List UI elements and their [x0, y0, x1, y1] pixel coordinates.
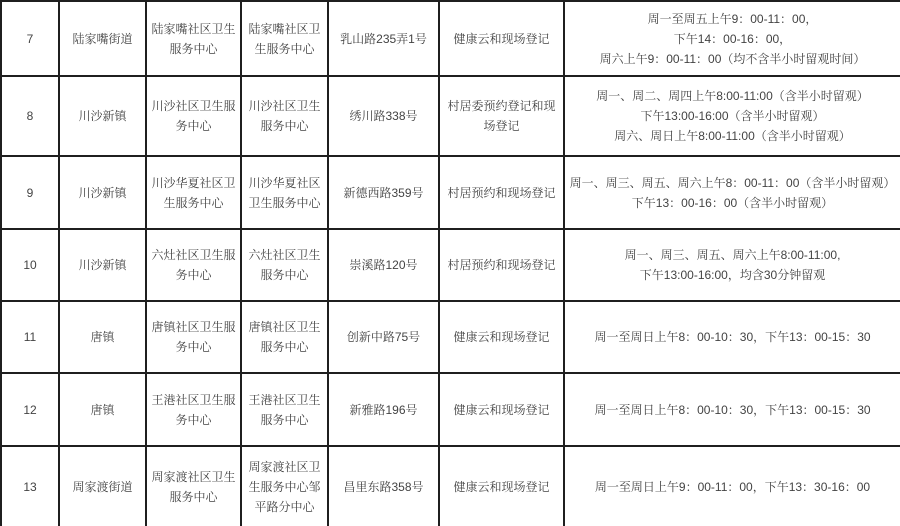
cell-address: 新雅路196号: [328, 373, 439, 446]
schedule-line: 周一至周日上午8：00-10：30，下午13：00-15：30: [568, 327, 897, 347]
cell-address: 新德西路359号: [328, 156, 439, 229]
cell-district: 川沙新镇: [59, 76, 146, 156]
schedule-line: 下午14：00-16：00，: [568, 29, 897, 49]
schedule-line: 周一、周三、周五、周六上午8:00-11:00,: [568, 245, 897, 265]
cell-district: 川沙新镇: [59, 156, 146, 229]
cell-site-name: 六灶社区卫生服务中心: [241, 229, 328, 301]
cell-center-name: 川沙华夏社区卫生服务中心: [146, 156, 241, 229]
cell-center-name: 唐镇社区卫生服务中心: [146, 301, 241, 373]
cell-registration-method: 村居委预约登记和现场登记: [439, 76, 564, 156]
schedule-line: 周一至周日上午9：00-11：00，下午13：30-16：00: [568, 477, 897, 497]
schedule-line: 周一、周三、周五、周六上午8：00-11：00（含半小时留观）: [568, 173, 897, 193]
cell-seq: 12: [1, 373, 59, 446]
schedule-line: 周一至周五上午9：00-11：00，: [568, 9, 897, 29]
cell-schedule: 周一、周三、周五、周六上午8:00-11:00, 下午13:00-16:00，均…: [564, 229, 900, 301]
cell-schedule: 周一、周三、周五、周六上午8：00-11：00（含半小时留观） 下午13：00-…: [564, 156, 900, 229]
vaccination-sites-table: 7 陆家嘴街道 陆家嘴社区卫生服务中心 陆家嘴社区卫生服务中心 乳山路235弄1…: [0, 0, 900, 526]
cell-seq: 13: [1, 446, 59, 526]
cell-seq: 8: [1, 76, 59, 156]
schedule-line: 周六上午9：00-11：00（均不含半小时留观时间）: [568, 49, 897, 69]
cell-schedule: 周一、周二、周四上午8:00-11:00（含半小时留观） 下午13:00-16:…: [564, 76, 900, 156]
schedule-line: 下午13:00-16:00（含半小时留观）: [568, 106, 897, 126]
cell-registration-method: 村居预约和现场登记: [439, 229, 564, 301]
cell-registration-method: 健康云和现场登记: [439, 301, 564, 373]
cell-center-name: 川沙社区卫生服务中心: [146, 76, 241, 156]
cell-address: 昌里东路358号: [328, 446, 439, 526]
schedule-line: 下午13：00-16：00（含半小时留观）: [568, 193, 897, 213]
cell-site-name: 唐镇社区卫生服务中心: [241, 301, 328, 373]
cell-site-name: 川沙华夏社区卫生服务中心: [241, 156, 328, 229]
table-row: 8 川沙新镇 川沙社区卫生服务中心 川沙社区卫生服务中心 绣川路338号 村居委…: [1, 76, 900, 156]
cell-site-name: 周家渡社区卫生服务中心邹平路分中心: [241, 446, 328, 526]
cell-center-name: 周家渡社区卫生服务中心: [146, 446, 241, 526]
cell-schedule: 周一至周五上午9：00-11：00， 下午14：00-16：00， 周六上午9：…: [564, 1, 900, 76]
schedule-line: 周一、周二、周四上午8:00-11:00（含半小时留观）: [568, 86, 897, 106]
cell-center-name: 陆家嘴社区卫生服务中心: [146, 1, 241, 76]
table-row: 10 川沙新镇 六灶社区卫生服务中心 六灶社区卫生服务中心 崇溪路120号 村居…: [1, 229, 900, 301]
cell-schedule: 周一至周日上午9：00-11：00，下午13：30-16：00: [564, 446, 900, 526]
cell-address: 崇溪路120号: [328, 229, 439, 301]
table-row: 7 陆家嘴街道 陆家嘴社区卫生服务中心 陆家嘴社区卫生服务中心 乳山路235弄1…: [1, 1, 900, 76]
page: 7 陆家嘴街道 陆家嘴社区卫生服务中心 陆家嘴社区卫生服务中心 乳山路235弄1…: [0, 0, 900, 526]
cell-seq: 11: [1, 301, 59, 373]
schedule-line: 周六、周日上午8:00-11:00（含半小时留观）: [568, 126, 897, 146]
cell-registration-method: 健康云和现场登记: [439, 446, 564, 526]
cell-registration-method: 村居预约和现场登记: [439, 156, 564, 229]
cell-district: 唐镇: [59, 301, 146, 373]
cell-registration-method: 健康云和现场登记: [439, 373, 564, 446]
cell-schedule: 周一至周日上午8：00-10：30，下午13：00-15：30: [564, 301, 900, 373]
cell-center-name: 六灶社区卫生服务中心: [146, 229, 241, 301]
cell-district: 陆家嘴街道: [59, 1, 146, 76]
cell-center-name: 王港社区卫生服务中心: [146, 373, 241, 446]
cell-site-name: 王港社区卫生服务中心: [241, 373, 328, 446]
cell-seq: 10: [1, 229, 59, 301]
cell-schedule: 周一至周日上午8：00-10：30，下午13：00-15：30: [564, 373, 900, 446]
cell-district: 唐镇: [59, 373, 146, 446]
schedule-line: 下午13:00-16:00，均含30分钟留观: [568, 265, 897, 285]
table-row: 12 唐镇 王港社区卫生服务中心 王港社区卫生服务中心 新雅路196号 健康云和…: [1, 373, 900, 446]
cell-district: 川沙新镇: [59, 229, 146, 301]
cell-address: 绣川路338号: [328, 76, 439, 156]
cell-site-name: 川沙社区卫生服务中心: [241, 76, 328, 156]
cell-seq: 7: [1, 1, 59, 76]
cell-site-name: 陆家嘴社区卫生服务中心: [241, 1, 328, 76]
cell-registration-method: 健康云和现场登记: [439, 1, 564, 76]
table-row: 13 周家渡街道 周家渡社区卫生服务中心 周家渡社区卫生服务中心邹平路分中心 昌…: [1, 446, 900, 526]
schedule-line: 周一至周日上午8：00-10：30，下午13：00-15：30: [568, 400, 897, 420]
table-row: 9 川沙新镇 川沙华夏社区卫生服务中心 川沙华夏社区卫生服务中心 新德西路359…: [1, 156, 900, 229]
cell-seq: 9: [1, 156, 59, 229]
cell-address: 创新中路75号: [328, 301, 439, 373]
cell-address: 乳山路235弄1号: [328, 1, 439, 76]
cell-district: 周家渡街道: [59, 446, 146, 526]
table-row: 11 唐镇 唐镇社区卫生服务中心 唐镇社区卫生服务中心 创新中路75号 健康云和…: [1, 301, 900, 373]
